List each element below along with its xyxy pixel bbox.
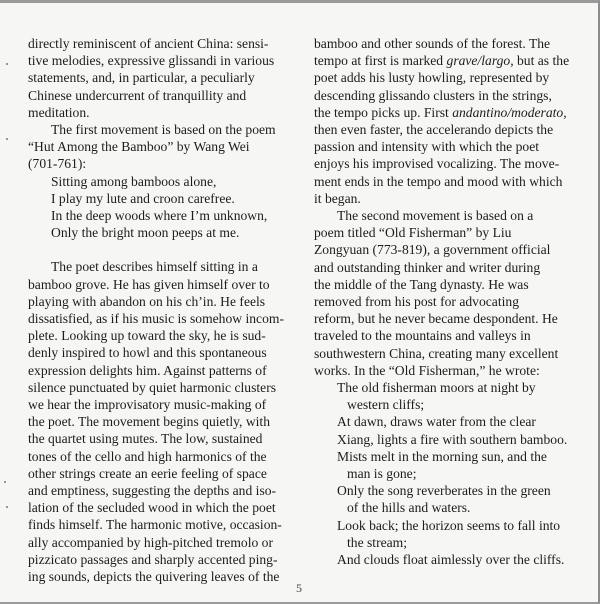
poem-line-continuation: of the hills and waters.: [314, 499, 588, 516]
text-line: and outstanding thinker and writer durin…: [314, 259, 588, 276]
text-line: reform, but he never became despondent. …: [314, 310, 588, 327]
poem-line-continuation: Xiang, lights a fire with southern bambo…: [314, 431, 588, 448]
margin-speck: [6, 63, 8, 65]
text-line: the quartet using mutes. The low, sustai…: [28, 430, 300, 447]
text-line: tones of the cello and high harmonics of…: [28, 448, 300, 465]
text-line: finds himself. The harmonic motive, occa…: [28, 516, 300, 533]
tempo-marking-andantino-moderato: andantino/moderato,: [452, 105, 566, 120]
text-line: tive melodies, expressive glissandi in v…: [28, 52, 300, 69]
text-line: poem titled “Old Fisherman” by Liu: [314, 224, 588, 241]
text-line: the poet. The movement begins quietly, w…: [28, 413, 300, 430]
text-line: playing with abandon on his ch’in. He fe…: [28, 293, 300, 310]
text-line: (701-761):: [28, 155, 300, 172]
paragraph-poet-description: The poet describes himself sitting in a …: [28, 258, 300, 585]
poem-line: The old fisherman moors at night by: [314, 379, 588, 396]
poem-line-continuation: the stream;: [314, 534, 588, 551]
poem-line: Only the bright moon peeps at me.: [28, 224, 300, 241]
text-line: meditation.: [28, 104, 300, 121]
margin-speck: [4, 481, 6, 483]
poem-line: At dawn, draws water from the clear: [314, 413, 588, 430]
poem-hut-among-the-bamboo: Sitting among bamboos alone, I play my l…: [28, 173, 300, 242]
text-line: southwestern China, creating many excell…: [314, 345, 588, 362]
poem-line: Look back; the horizon seems to fall int…: [314, 517, 588, 534]
text-line: The second movement is based on a: [314, 207, 588, 224]
poem-line: In the deep woods where I’m unknown,: [28, 207, 300, 224]
text-line: the tempo picks up. First andantino/mode…: [314, 104, 588, 121]
poem-line: Only the song reverberates in the green: [314, 482, 588, 499]
text-line: removed from his post for advocating: [314, 293, 588, 310]
text-line: it began.: [314, 190, 588, 207]
text-line: pizzicato passages and sharply accented …: [28, 551, 300, 568]
paragraph-intro-continuation: directly reminiscent of ancient China: s…: [28, 35, 300, 121]
poem-line: Sitting among bamboos alone,: [28, 173, 300, 190]
text-line: ing sounds, depicts the quivering leaves…: [28, 568, 300, 585]
text-line: lation of the secluded wood in which the…: [28, 499, 300, 516]
paragraph-first-movement: The first movement is based on the poem …: [28, 121, 300, 173]
text-line: we hear the improvisatory music-making o…: [28, 396, 300, 413]
poem-line-continuation: western cliffs;: [314, 396, 588, 413]
text-line: the middle of the Tang dynasty. He was: [314, 276, 588, 293]
text-line: The first movement is based on the poem: [28, 121, 300, 138]
page-number: 5: [296, 581, 302, 596]
text-line: bamboo grove. He has given himself over …: [28, 276, 300, 293]
left-column: directly reminiscent of ancient China: s…: [28, 35, 300, 585]
tempo-marking-grave-largo: grave/largo: [447, 53, 511, 68]
paragraph-second-movement: The second movement is based on a poem t…: [314, 207, 588, 379]
text-line: expression delights him. Against pattern…: [28, 362, 300, 379]
spacer: [28, 241, 300, 258]
text-line: Chinese undercurrent of tranquillity and: [28, 87, 300, 104]
text-line: tempo at first is marked grave/largo, bu…: [314, 52, 588, 69]
paragraph-tempo-description: bamboo and other sounds of the forest. T…: [314, 35, 588, 207]
text-line: other strings create an eerie feeling of…: [28, 465, 300, 482]
text-line: directly reminiscent of ancient China: s…: [28, 35, 300, 52]
text-line: passion and intensity with which the poe…: [314, 138, 588, 155]
text-fragment: , but as the: [510, 53, 569, 68]
text-line: and emptiness, suggesting the depths and…: [28, 482, 300, 499]
text-line: Zongyuan (773-819), a government officia…: [314, 241, 588, 258]
text-line: works. In the “Old Fisherman,” he wrote:: [314, 362, 588, 379]
text-line: enjoys his improvised vocalizing. The mo…: [314, 155, 588, 172]
text-line: descending glissando clusters in the str…: [314, 87, 588, 104]
right-column: bamboo and other sounds of the forest. T…: [314, 35, 588, 568]
text-line: plete. Looking up toward the sky, he is …: [28, 327, 300, 344]
margin-speck: [6, 506, 8, 508]
document-page: directly reminiscent of ancient China: s…: [0, 0, 600, 604]
text-line: denly inspired to howl and this spontane…: [28, 344, 300, 361]
text-line: silence punctuated by quiet harmonic clu…: [28, 379, 300, 396]
text-line: dissatisfied, as if his music is somehow…: [28, 310, 300, 327]
poem-line-continuation: man is gone;: [314, 465, 588, 482]
text-line: ment ends in the tempo and mood with whi…: [314, 173, 588, 190]
text-line: bamboo and other sounds of the forest. T…: [314, 35, 588, 52]
text-fragment: tempo at first is marked: [314, 53, 447, 68]
poem-old-fisherman: The old fisherman moors at night by west…: [314, 379, 588, 568]
poem-line: Mists melt in the morning sun, and the: [314, 448, 588, 465]
text-line: poet adds his lusty howling, represented…: [314, 69, 588, 86]
text-line: then even faster, the accelerando depict…: [314, 121, 588, 138]
text-line: The poet describes himself sitting in a: [28, 258, 300, 275]
text-line: traveled to the mountains and valleys in: [314, 327, 588, 344]
text-line: “Hut Among the Bamboo” by Wang Wei: [28, 138, 300, 155]
poem-line: And clouds float aimlessly over the clif…: [314, 551, 588, 568]
text-line: ally accompanied by high-pitched tremolo…: [28, 534, 300, 551]
text-line: statements, and, in particular, a peculi…: [28, 69, 300, 86]
poem-line: I play my lute and croon carefree.: [28, 190, 300, 207]
text-fragment: the tempo picks up. First: [314, 105, 452, 120]
margin-speck: [6, 138, 8, 140]
